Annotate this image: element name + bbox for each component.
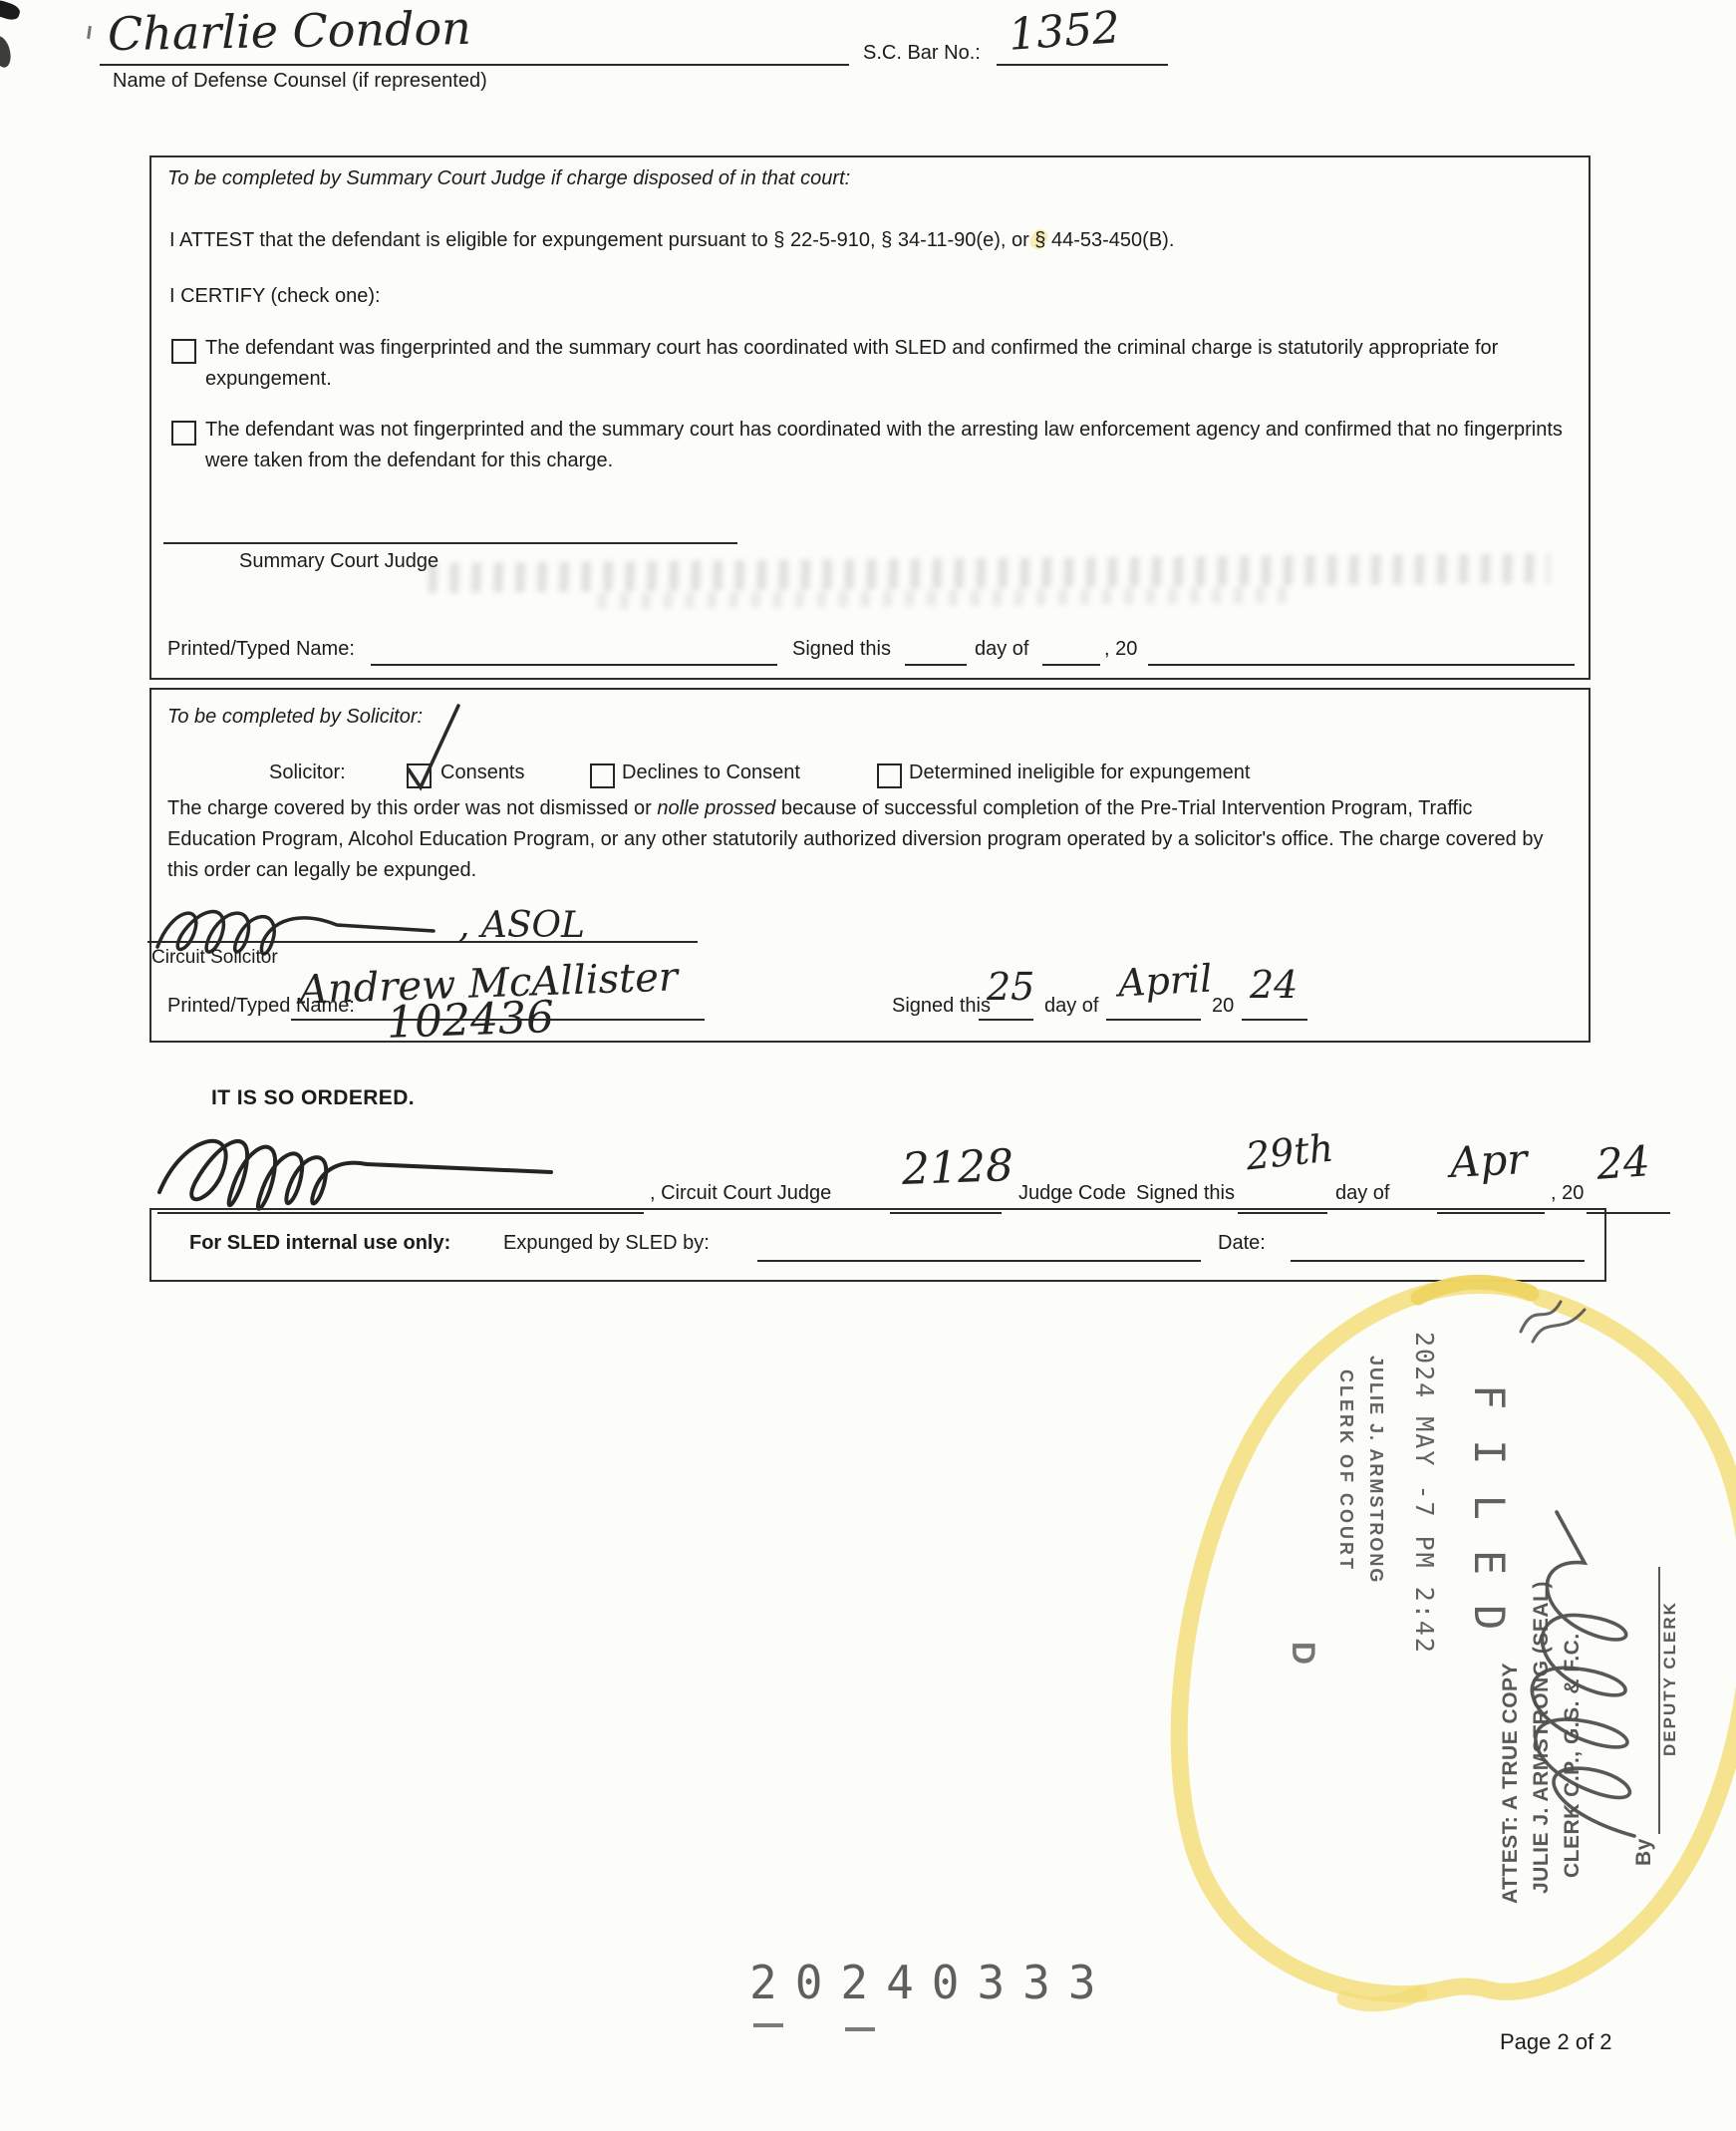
nolle-prossed-italic: nolle prossed [657,797,775,819]
signed-day-blank-judge [905,638,967,666]
day-of-label-order: day of [1335,1182,1389,1205]
judge-code-label: Judge Code [1018,1182,1126,1205]
summary-judge-signature-line [163,498,737,544]
docket-number-stamp: 20240333 [749,1956,1114,2009]
deputy-clerk-signature [1485,1497,1664,1856]
not-fingerprinted-checkbox [171,421,196,446]
fingerprinted-checkbox [171,339,196,364]
attest-statement: I ATTEST that the defendant is eligible … [169,225,1555,256]
stamp-underline-mark [753,2023,783,2027]
signed-this-label-solicitor: Signed this [892,995,991,1018]
filed-stamp-datetime: 2024 MAY -7 PM 2:42 [1410,1332,1439,1714]
solicitor-heading: To be completed by Solicitor: [167,706,423,729]
pen-scribble-mark [1513,1288,1596,1350]
signed-this-label-order: Signed this [1136,1182,1235,1205]
not-fingerprinted-option-text: The defendant was not fingerprinted and … [205,415,1577,476]
solicitor-paragraph-pre: The charge covered by this order was not… [167,797,657,819]
summary-judge-caption: Summary Court Judge [239,550,438,573]
day-of-label-solicitor: day of [1044,995,1098,1018]
fingerprinted-option-text: The defendant was fingerprinted and the … [205,333,1577,395]
solicitor-paragraph: The charge covered by this order was not… [167,793,1563,886]
signed-month-blank-judge [1042,638,1100,666]
circuit-court-judge-line [157,1156,644,1214]
bar-number-line [997,14,1168,66]
stamp-fragment-d: D [1285,1642,1321,1665]
signed-year-blank-solicitor [1242,993,1307,1021]
day-of-label-judge: day of [975,638,1028,661]
so-ordered-heading: IT IS SO ORDERED. [211,1086,415,1110]
circuit-solicitor-signature-line [147,887,698,943]
declines-label: Declines to Consent [622,761,800,784]
judge-code-blank [890,1156,1002,1214]
filed-stamp-clerk-title: CLERK OF COURT [1335,1370,1356,1714]
stamp-underline-mark [845,2027,875,2031]
signed-year-blank-judge [1148,638,1575,666]
bar-number-label: S.C. Bar No.: [863,42,981,65]
solicitor-bar-no-handwriting: 102436 [386,992,555,1049]
circuit-solicitor-caption: Circuit Solicitor [151,947,278,969]
scan-speck [87,26,92,39]
circuit-court-judge-caption: , Circuit Court Judge [650,1182,831,1205]
signed-month-blank-solicitor [1106,993,1201,1021]
year-prefix-order: , 20 [1551,1182,1584,1205]
scan-edge-artifact [0,0,22,22]
certify-statement: I CERTIFY (check one): [169,285,381,308]
order-day-blank [1238,1156,1327,1214]
consents-label: Consents [440,761,525,784]
expunged-by-label: Expunged by SLED by: [503,1232,710,1255]
page-number-label: Page 2 of 2 [1500,2029,1612,2055]
printed-name-label-judge: Printed/Typed Name: [167,638,355,661]
summary-judge-heading: To be completed by Summary Court Judge i… [167,167,850,190]
sled-date-label: Date: [1218,1232,1266,1255]
ineligible-checkbox [877,763,902,788]
order-year-blank [1587,1156,1670,1214]
defense-counsel-signature-line [100,14,849,66]
signed-this-label-judge: Signed this [792,638,891,661]
filed-stamp-clerk-name: JULIE J. ARMSTRONG [1365,1356,1386,1714]
printed-name-blank-judge [371,638,777,666]
sled-label: For SLED internal use only: [189,1232,450,1255]
solicitor-role-label: Solicitor: [269,761,346,784]
scanned-court-form-page: Charlie Condon Name of Defense Counsel (… [0,0,1736,2131]
order-month-blank [1437,1156,1545,1214]
attest-stamp: ATTEST: A TRUE COPY JULIE J. ARMSTRONG (… [1497,1477,1686,1906]
year-prefix-judge: , 20 [1104,638,1137,661]
ineligible-label: Determined ineligible for expungement [909,761,1250,784]
year-prefix-solicitor: 20 [1212,995,1234,1018]
declines-checkbox [590,763,615,788]
defense-counsel-label: Name of Defense Counsel (if represented) [113,70,487,93]
scan-edge-artifact [0,34,14,69]
signed-day-blank-solicitor [979,993,1033,1021]
